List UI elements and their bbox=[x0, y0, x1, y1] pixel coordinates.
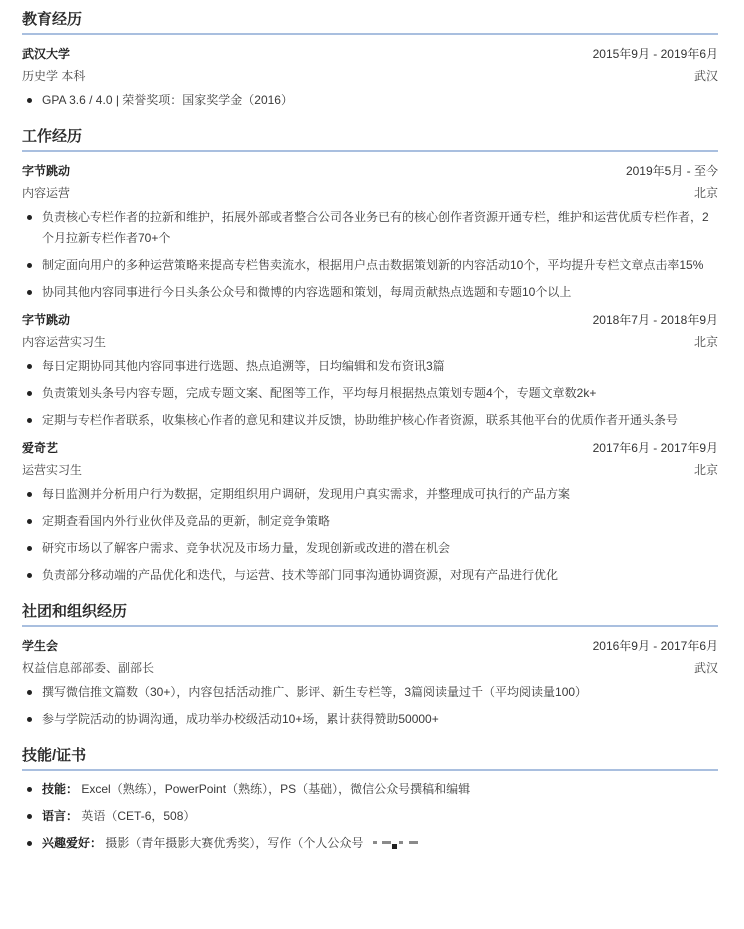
section-title-education: 教育经历 bbox=[22, 0, 718, 35]
hobby-item: 兴趣爱好： 摄影（青年摄影大赛优秀奖），写作（个人公众号 bbox=[22, 833, 718, 854]
language-item: 语言： 英语（CET-6，508） bbox=[22, 806, 718, 827]
list-item: 参与学院活动的协调沟通，成功举办校级活动10+场，累计获得赞助50000+ bbox=[22, 709, 718, 730]
skill-label: 技能： bbox=[42, 782, 78, 796]
education-section: 教育经历 武汉大学 2015年9月 - 2019年6月 历史学 本科 武汉 GP… bbox=[22, 0, 718, 111]
skill-text: Excel（熟练），PowerPoint（熟练），PS（基础），微信公众号撰稿和… bbox=[81, 782, 470, 796]
work-entry: 爱奇艺 2017年6月 - 2017年9月 运营实习生 北京 每日监测并分析用户… bbox=[22, 437, 718, 586]
bullet-list: 每日监测并分析用户行为数据，定期组织用户调研，发现用户真实需求，并整理成可执行的… bbox=[22, 484, 718, 586]
education-entry: 武汉大学 2015年9月 - 2019年6月 历史学 本科 武汉 GPA 3.6… bbox=[22, 43, 718, 111]
entry-date: 2015年9月 - 2019年6月 bbox=[593, 43, 718, 65]
entry-date: 2017年6月 - 2017年9月 bbox=[593, 437, 718, 459]
list-item: 每日定期协同其他内容同事进行选题、热点追溯等，日均编辑和发布资讯3篇 bbox=[22, 356, 718, 377]
entry-date: 2019年5月 - 至今 bbox=[626, 160, 718, 182]
skills-section: 技能/证书 技能： Excel（熟练），PowerPoint（熟练），PS（基础… bbox=[22, 736, 718, 854]
hobby-label: 兴趣爱好： bbox=[42, 836, 102, 850]
list-item: 制定面向用户的多种运营策略来提高专栏售卖流水，根据用户点击数据策划新的内容活动1… bbox=[22, 255, 718, 276]
list-item: 定期查看国内外行业伙伴及竞品的更新，制定竞争策略 bbox=[22, 511, 718, 532]
resume-page: 教育经历 武汉大学 2015年9月 - 2019年6月 历史学 本科 武汉 GP… bbox=[0, 0, 744, 854]
section-title-organization: 社团和组织经历 bbox=[22, 592, 718, 627]
company-name: 字节跳动 bbox=[22, 160, 70, 182]
bullet-list: 负责核心专栏作者的拉新和维护，拓展外部或者整合公司各业务已有的核心创作者资源开通… bbox=[22, 207, 718, 303]
work-section: 工作经历 字节跳动 2019年5月 - 至今 内容运营 北京 负责核心专栏作者的… bbox=[22, 117, 718, 586]
entry-location: 武汉 bbox=[694, 657, 718, 679]
position-title: 权益信息部部委、副部长 bbox=[22, 657, 154, 679]
skills-list: 技能： Excel（熟练），PowerPoint（熟练），PS（基础），微信公众… bbox=[22, 779, 718, 854]
organization-name: 学生会 bbox=[22, 635, 58, 657]
list-item: 研究市场以了解客户需求、竞争状况及市场力量，发现创新或改进的潜在机会 bbox=[22, 538, 718, 559]
degree: 历史学 本科 bbox=[22, 65, 85, 87]
list-item: 负责策划头条号内容专题，完成专题文案、配图等工作，平均每月根据热点策划专题4个，… bbox=[22, 383, 718, 404]
list-item: 撰写微信推文篇数（30+），内容包括活动推广、影评、新生专栏等，3篇阅读量过千（… bbox=[22, 682, 718, 703]
organization-section: 社团和组织经历 学生会 2016年9月 - 2017年6月 权益信息部部委、副部… bbox=[22, 592, 718, 730]
entry-location: 北京 bbox=[694, 182, 718, 204]
bullet-list: GPA 3.6 / 4.0 | 荣誉奖项：国家奖学金（2016） bbox=[22, 90, 718, 111]
company-name: 爱奇艺 bbox=[22, 437, 58, 459]
bullet-list: 撰写微信推文篇数（30+），内容包括活动推广、影评、新生专栏等，3篇阅读量过千（… bbox=[22, 682, 718, 730]
organization-entry: 学生会 2016年9月 - 2017年6月 权益信息部部委、副部长 武汉 撰写微… bbox=[22, 635, 718, 730]
entry-location: 北京 bbox=[694, 331, 718, 353]
school-name: 武汉大学 bbox=[22, 43, 70, 65]
work-entry: 字节跳动 2019年5月 - 至今 内容运营 北京 负责核心专栏作者的拉新和维护… bbox=[22, 160, 718, 303]
redacted-mark bbox=[373, 839, 421, 849]
list-item: 定期与专栏作者联系，收集核心作者的意见和建议并反馈，协助维护核心作者资源，联系其… bbox=[22, 410, 718, 431]
entry-date: 2018年7月 - 2018年9月 bbox=[593, 309, 718, 331]
job-title: 内容运营实习生 bbox=[22, 331, 106, 353]
entry-location: 北京 bbox=[694, 459, 718, 481]
job-title: 内容运营 bbox=[22, 182, 70, 204]
language-label: 语言： bbox=[42, 809, 78, 823]
hobby-text: 摄影（青年摄影大赛优秀奖），写作（个人公众号 bbox=[105, 836, 363, 850]
company-name: 字节跳动 bbox=[22, 309, 70, 331]
job-title: 运营实习生 bbox=[22, 459, 82, 481]
list-item: 协同其他内容同事进行今日头条公众号和微博的内容选题和策划，每周贡献热点选题和专题… bbox=[22, 282, 718, 303]
entry-location: 武汉 bbox=[694, 65, 718, 87]
section-title-work: 工作经历 bbox=[22, 117, 718, 152]
language-text: 英语（CET-6，508） bbox=[81, 809, 195, 823]
list-item: 负责部分移动端的产品优化和迭代，与运营、技术等部门同事沟通协调资源，对现有产品进… bbox=[22, 565, 718, 586]
bullet-list: 每日定期协同其他内容同事进行选题、热点追溯等，日均编辑和发布资讯3篇 负责策划头… bbox=[22, 356, 718, 431]
skill-item: 技能： Excel（熟练），PowerPoint（熟练），PS（基础），微信公众… bbox=[22, 779, 718, 800]
list-item: GPA 3.6 / 4.0 | 荣誉奖项：国家奖学金（2016） bbox=[22, 90, 718, 111]
list-item: 负责核心专栏作者的拉新和维护，拓展外部或者整合公司各业务已有的核心创作者资源开通… bbox=[22, 207, 718, 249]
entry-date: 2016年9月 - 2017年6月 bbox=[593, 635, 718, 657]
work-entry: 字节跳动 2018年7月 - 2018年9月 内容运营实习生 北京 每日定期协同… bbox=[22, 309, 718, 431]
list-item: 每日监测并分析用户行为数据，定期组织用户调研，发现用户真实需求，并整理成可执行的… bbox=[22, 484, 718, 505]
section-title-skills: 技能/证书 bbox=[22, 736, 718, 771]
